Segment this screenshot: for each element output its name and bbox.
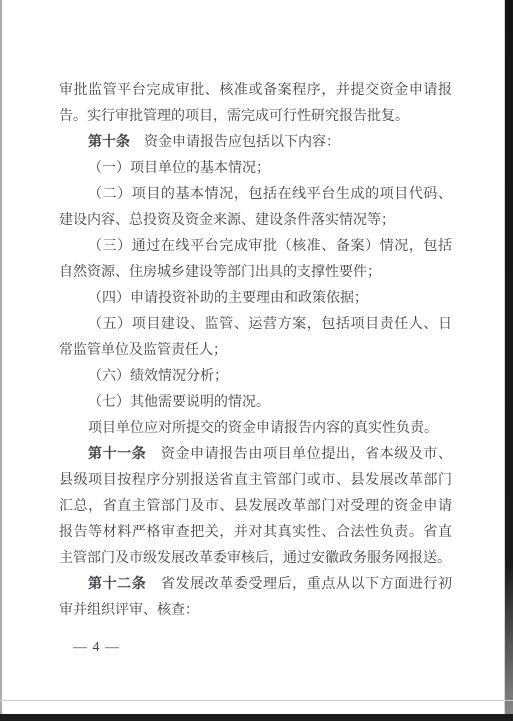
text-line: （二）项目的基本情况，包括在线平台生成的项目代码、	[59, 182, 452, 208]
text-line: 县级项目按程序分别报送省直主管部门或市、县发展改革部门	[59, 468, 452, 494]
scan-edge-left	[0, 0, 2, 714]
text-line: （五）项目建设、监管、运营方案，包括项目责任人、日	[59, 312, 452, 338]
document-page: 审批监管平台完成审批、核准或备案程序，并提交资金申请报 告。实行审批管理的项目，…	[0, 0, 513, 721]
text-line: 主管部门及市级发展改革委审核后，通过安徽政务服务网报送。	[59, 546, 452, 572]
article-heading-line: 第十一条 资金申请报告由项目单位提出，省本级及市、	[59, 442, 452, 468]
text-line: （三）通过在线平台完成审批（核准、备案）情况，包括	[59, 234, 452, 260]
scan-edge-bottom-hairline	[0, 700, 513, 701]
scan-edge-right	[505, 0, 513, 721]
text-line: 常监管单位及监管责任人；	[59, 338, 452, 364]
article-heading-line: 第十二条 省发展改革委受理后，重点从以下方面进行初	[59, 572, 452, 598]
article-heading-text: 资金申请报告由项目单位提出，省本级及市、	[146, 447, 452, 462]
article-number: 第十条	[88, 135, 130, 150]
text-line: （七）其他需要说明的情况。	[59, 390, 452, 416]
article-heading-text: 资金申请报告应包括以下内容：	[130, 135, 340, 150]
page-number: — 4 —	[73, 635, 120, 661]
text-line: （四）申请投资补助的主要理由和政策依据；	[59, 286, 452, 312]
text-line: 报告等材料严格审查把关，并对其真实性、合法性负责。省直	[59, 520, 452, 546]
text-line: 告。实行审批管理的项目，需完成可行性研究报告批复。	[59, 104, 452, 130]
document-body: 审批监管平台完成审批、核准或备案程序，并提交资金申请报 告。实行审批管理的项目，…	[59, 78, 452, 624]
text-line: （六）绩效情况分析；	[59, 364, 452, 390]
text-line: 项目单位应对所提交的资金申请报告内容的真实性负责。	[59, 416, 452, 442]
text-line: 审并组织评审、核查：	[59, 598, 452, 624]
text-line: 建设内容、总投资及资金来源、建设条件落实情况等；	[59, 208, 452, 234]
text-line: 汇总，省直主管部门及市、县发展改革部门对受理的资金申请	[59, 494, 452, 520]
article-number: 第十二条	[88, 577, 146, 592]
text-line: （一）项目单位的基本情况；	[59, 156, 452, 182]
scan-edge-bottom	[0, 714, 513, 721]
text-line: 自然资源、住房城乡建设等部门出具的支撑性要件；	[59, 260, 452, 286]
text-line: 审批监管平台完成审批、核准或备案程序，并提交资金申请报	[59, 78, 452, 104]
article-heading-line: 第十条 资金申请报告应包括以下内容：	[59, 130, 452, 156]
article-heading-text: 省发展改革委受理后，重点从以下方面进行初	[146, 577, 452, 592]
article-number: 第十一条	[88, 447, 146, 462]
